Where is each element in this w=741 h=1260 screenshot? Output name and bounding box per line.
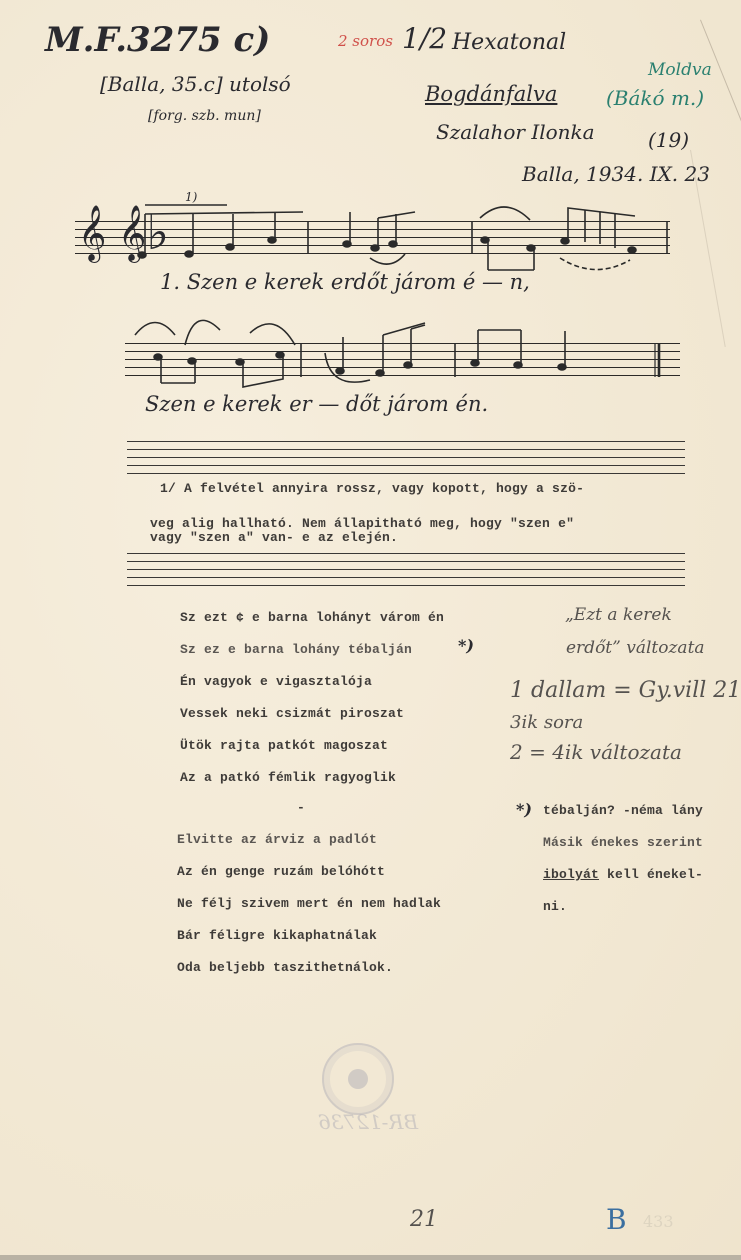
page-number: 21 — [410, 1207, 438, 1232]
stanza-separator: - — [297, 800, 305, 815]
side-footnote-marker: *) — [516, 800, 532, 819]
registration-note: [forg. szb. mun] — [148, 108, 261, 124]
side-note-line: 3ik sora — [510, 712, 583, 733]
county-name: (Bákó m.) — [606, 86, 704, 110]
verse-line: Elvitte az árviz a padlót — [177, 832, 377, 847]
verse-line: Bár féligre kikaphatnálak — [177, 928, 377, 943]
lyrics-line-2: Szen e kerek er — dőt járom én. — [145, 392, 488, 416]
scan-bottom-edge — [0, 1255, 741, 1260]
asterisk-mark: *) — [458, 636, 474, 655]
paper-crease — [700, 20, 741, 261]
footnote-line-2: veg alig hallható. Nem állapitható meg, … — [150, 516, 574, 531]
melody-staff-1 — [75, 200, 675, 280]
verse-line: Én vagyok e vigasztalója — [180, 674, 372, 689]
side-footnote-rest: kell énekel- — [599, 867, 703, 882]
library-stamp — [322, 1043, 394, 1115]
verse-line: Ütök rajta patkót magoszat — [180, 738, 388, 753]
side-footnote-line: ibolyát kell énekel- — [543, 867, 703, 882]
scale-type: Hexatonal — [452, 30, 566, 55]
singer-name: Szalahor Ilonka — [436, 120, 595, 144]
verse-line: Az én genge ruzám belóhótt — [177, 864, 385, 879]
verse-line: Oda beljebb taszithetnálok. — [177, 960, 393, 975]
region-name: Moldva — [648, 60, 712, 80]
red-annotation: 2 soros — [338, 32, 393, 50]
underlined-word: ibolyát — [543, 867, 599, 882]
side-note-line: erdőt” változata — [566, 638, 705, 658]
village-name: Bogdánfalva — [425, 82, 557, 106]
folio-mark: B — [606, 1203, 627, 1236]
melody-staff-2 — [125, 305, 685, 405]
side-note-line: 1 dallam = Gy.vill 212 — [510, 678, 741, 703]
collector-date: Balla, 1934. IX. 23 — [522, 162, 710, 186]
scanned-page: M.F.3275 c) [Balla, 35.c] utolsó [forg. … — [0, 0, 741, 1255]
side-note-line: 2 = 4ik változata — [510, 740, 682, 764]
side-footnote-line: ni. — [543, 899, 567, 914]
side-footnote-line: Másik énekes szerint — [543, 835, 703, 850]
empty-staff-lines-bottom — [127, 553, 685, 593]
folio-number-faint: 433 — [643, 1212, 674, 1231]
empty-staff-lines-top — [127, 441, 685, 481]
reference-note: [Balla, 35.c] utolsó — [100, 72, 291, 96]
footnote-line-3: vagy "szen a" van- e az elején. — [150, 530, 398, 545]
fraction-mark: 1/2 — [402, 22, 447, 55]
verse-line: Sz ezt ¢ e barna lohányt várom én — [180, 610, 444, 625]
catalog-number: M.F.3275 c) — [45, 20, 270, 60]
singer-age: (19) — [648, 128, 689, 152]
footnote-line-1: 1/ A felvétel annyira rossz, vagy kopott… — [160, 481, 584, 496]
verse-line: Vessek neki csizmát piroszat — [180, 706, 404, 721]
side-footnote-line: tébalján? -néma lány — [543, 803, 703, 818]
side-note-line: „Ezt a kerek — [565, 605, 672, 625]
verse-line: Sz ez e barna lohány tébalján — [180, 642, 412, 657]
verse-line: Ne félj szivem mert én nem hadlak — [177, 896, 441, 911]
verse-line: Az a patkó fémlik ragyoglik — [180, 770, 396, 785]
lyrics-line-1: 1. Szen e kerek erdőt járom é — n, — [160, 270, 530, 294]
stamp-number: BR-12736 — [318, 1110, 418, 1134]
